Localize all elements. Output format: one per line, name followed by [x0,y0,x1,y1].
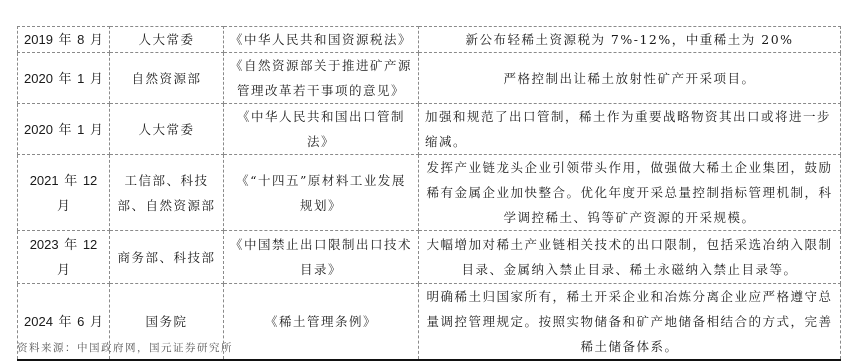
policy-cell: 《稀土管理条例》 [224,284,419,361]
date-cell: 2020 年 1 月 [18,53,110,104]
table-row: 2020 年 1 月 自然资源部 《自然资源部关于推进矿产源管理改革若干事项的意… [18,53,841,104]
agency-cell: 商务部、科技部 [110,231,224,284]
content-cell: 大幅增加对稀土产业链相关技术的出口限制，包括采选冶纳入限制目录、金属纳入禁止目录… [419,231,841,284]
date-cell: 2020 年 1 月 [18,104,110,155]
table-row: 2019 年 8 月 人大常委 《中华人民共和国资源税法》 新公布轻稀土资源税为… [18,27,841,53]
content-cell: 加强和规范了出口管制，稀土作为重要战略物资其出口或将进一步缩减。 [419,104,841,155]
agency-cell: 人大常委 [110,27,224,53]
date-cell: 2021 年 12 月 [18,155,110,231]
policy-cell: 《中华人民共和国出口管制法》 [224,104,419,155]
table-row: 2023 年 12 月 商务部、科技部 《中国禁止出口限制出口技术目录》 大幅增… [18,231,841,284]
table-row: 2021 年 12 月 工信部、科技部、自然资源部 《“十四五”原材料工业发展规… [18,155,841,231]
content-cell: 新公布轻稀土资源税为 7%-12%，中重稀土为 20% [419,27,841,53]
policy-cell: 《自然资源部关于推进矿产源管理改革若干事项的意见》 [224,53,419,104]
content-cell: 严格控制出让稀土放射性矿产开采项目。 [419,53,841,104]
agency-cell: 人大常委 [110,104,224,155]
source-note: 资料来源：中国政府网，国元证券研究所 [17,340,233,355]
table-row: 2020 年 1 月 人大常委 《中华人民共和国出口管制法》 加强和规范了出口管… [18,104,841,155]
policy-cell: 《中华人民共和国资源税法》 [224,27,419,53]
policy-table: 2019 年 8 月 人大常委 《中华人民共和国资源税法》 新公布轻稀土资源税为… [17,26,841,361]
agency-cell: 工信部、科技部、自然资源部 [110,155,224,231]
content-cell: 发挥产业链龙头企业引领带头作用，做强做大稀土企业集团，鼓励稀有金属企业加快整合。… [419,155,841,231]
policy-cell: 《“十四五”原材料工业发展规划》 [224,155,419,231]
date-cell: 2023 年 12 月 [18,231,110,284]
content-cell: 明确稀土归国家所有，稀土开采企业和冶炼分离企业应严格遵守总量调控管理规定。按照实… [419,284,841,361]
date-cell: 2019 年 8 月 [18,27,110,53]
policy-cell: 《中国禁止出口限制出口技术目录》 [224,231,419,284]
agency-cell: 自然资源部 [110,53,224,104]
